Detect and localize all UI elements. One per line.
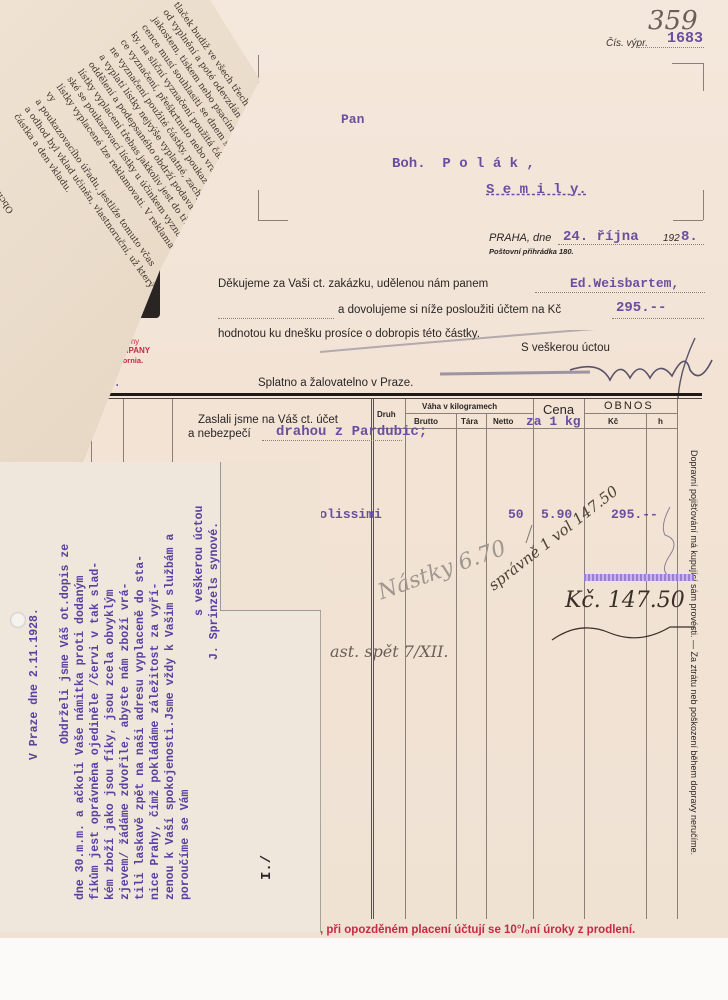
window-mark — [672, 63, 703, 64]
body-line1-dotted — [535, 292, 705, 293]
date-value: 24. října — [563, 229, 639, 245]
handwritten-underline — [550, 615, 700, 645]
slip-line-8: zenou k Vaší spokojenosti. — [163, 721, 178, 900]
header-h: h — [658, 417, 663, 426]
shipping-method: drahou z Pardubic; — [276, 424, 427, 440]
commissioned-by: Ed.Weisbartem, — [570, 276, 679, 291]
recipient-salutation: Pan — [341, 112, 364, 127]
signature — [300, 330, 720, 400]
handwritten-note-4: ast. spět 7/XII. — [330, 642, 448, 661]
slip-closing-2: poroučíme se Vám — [178, 790, 193, 900]
slip-line-2: dne 30.m.m. a ačkoli Vaše námitka proti … — [73, 576, 88, 900]
date-city-label: PRAHA, dne — [489, 232, 551, 244]
table-top-rule — [14, 393, 702, 396]
footer-late-payment: , při opozděném placení účtují se 10°/₀n… — [320, 924, 635, 936]
invoice-total: 295.-- — [616, 300, 666, 316]
body-line1: Děkujeme za Vaši ct. zakázku, udělenou n… — [218, 278, 488, 290]
table-top-rule-thin — [14, 398, 702, 399]
body-line2: a dovolujeme si níže posloužiti účtem na… — [338, 304, 561, 316]
slip-date: V Praze dne 2.11.1928. — [27, 608, 42, 760]
handwritten-note-3: Kč. 147.50 — [565, 588, 685, 613]
ref-dotted-line — [638, 47, 704, 48]
year-suffix: 8. — [681, 229, 698, 245]
window-mark — [258, 190, 259, 220]
slip-line-1: Obdrželi jsme Váš ot.dopis ze — [58, 544, 73, 744]
slip-signoff-2: J. Sprinzels synové. — [207, 522, 222, 660]
slip-initials: I./ — [260, 855, 275, 880]
slip-line-6: tili laskavě zpět na naši adresu vyplace… — [133, 555, 148, 900]
insurance-note: Dopravní pojišťování má kupující sám pro… — [688, 450, 700, 910]
stamp-bar — [584, 574, 694, 581]
slip-line-5: zjevem/ žádáme zdvořile, abyste nám zbož… — [118, 583, 133, 900]
window-mark — [703, 63, 704, 91]
body-line2-dotted — [612, 318, 704, 319]
postbox: Poštovní přihrádka 180. — [489, 247, 574, 256]
header-obnos: OBNOS — [604, 400, 654, 412]
recipient-name: Boh. P o l á k , — [392, 156, 535, 172]
window-mark — [258, 220, 288, 221]
header-kc: Kč — [608, 417, 618, 426]
slip-line-4: kém zboží jako jsou fíky, jsou zcela obv… — [103, 589, 118, 900]
header-tara: Tára — [461, 417, 478, 426]
header-druh: Druh — [377, 410, 396, 419]
slip-closing-1: Jsme vždy k Vašim službám a — [163, 534, 178, 720]
header-brutto: Brutto — [414, 417, 438, 426]
year-prefix: 192 — [663, 233, 680, 244]
fold-stamp: Obch. list. č. 100 — [0, 146, 16, 215]
header-netto: Netto — [493, 417, 513, 426]
header-cena-note: za 1 kg — [526, 414, 581, 429]
window-mark — [703, 190, 704, 220]
punch-hole — [10, 612, 26, 628]
recipient-city: S e m i l y. — [486, 182, 587, 198]
slip-notch — [220, 462, 321, 611]
slip-line-7: nice Prahy, čímž pokládáme záležitost za… — [148, 583, 163, 900]
ref-number: 1683 — [667, 30, 703, 47]
header-vaha: Váha v kilogramech — [422, 402, 497, 411]
shipping-line2-label: a nebezpečí — [188, 428, 251, 440]
body-line2-dotted-left — [218, 318, 334, 319]
slip-line-3: fíkům jest oprávněna ojediněle /červi v … — [88, 562, 103, 900]
handwritten-note-1: Nástky 6.70 — [375, 536, 510, 605]
slip-signoff-1: s veškerou úctou — [192, 506, 207, 616]
payable-note: Splatno a žalovatelno v Praze. — [258, 377, 413, 389]
window-mark — [673, 220, 703, 221]
scan-background — [0, 938, 728, 1000]
